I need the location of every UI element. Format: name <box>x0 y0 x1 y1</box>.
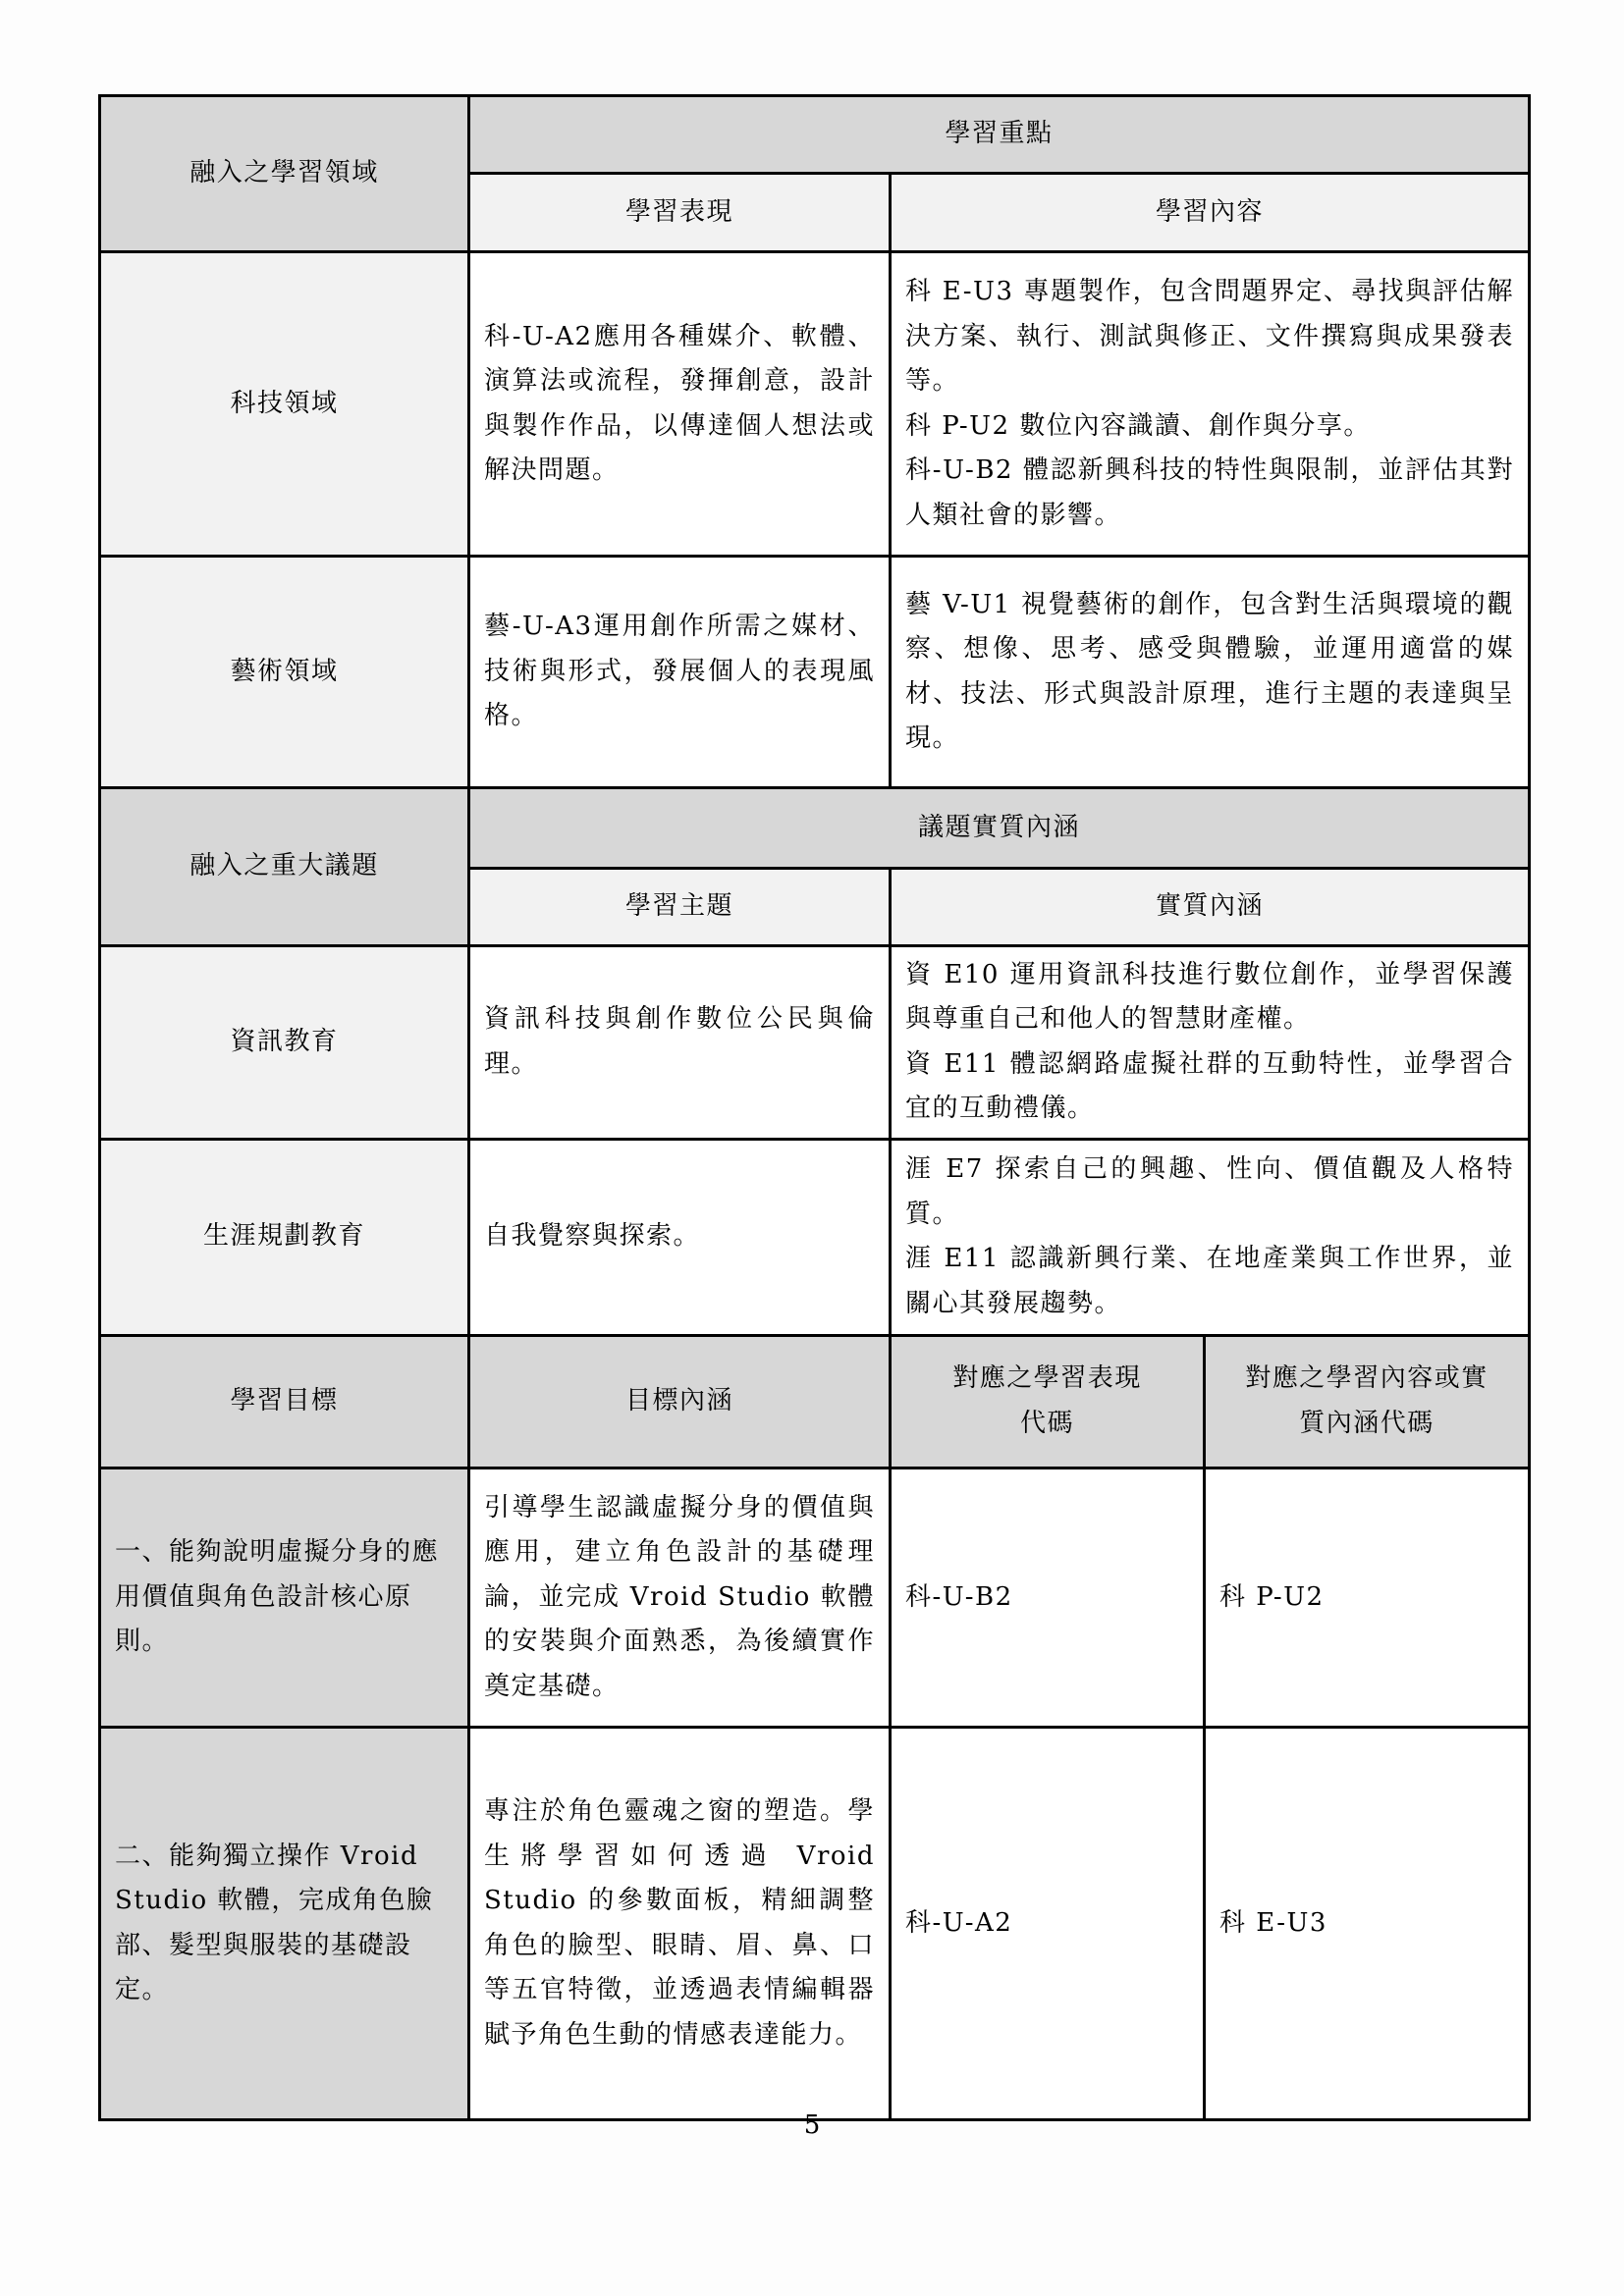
header-learning-focus: 學習重點 <box>469 96 1530 174</box>
content-item: 涯 E7 探索自己的興趣、性向、價值觀及人格特質。 <box>905 1148 1514 1237</box>
subheader-learning-topic: 學習主題 <box>469 868 891 945</box>
content-item: 資 E11 體認網路虛擬社群的互動特性，並學習合宜的互動禮儀。 <box>905 1042 1514 1132</box>
cell-career-topic: 自我覺察與探索。 <box>469 1139 891 1335</box>
major-issues-table: 融入之重大議題 議題實質內涵 學習主題 實質內涵 資訊教育 資訊科技與創作數位公… <box>98 789 1531 1337</box>
header-integrated-major-issues: 融入之重大議題 <box>100 789 469 945</box>
cell-arts-content: 藝 V-U1 視覺藝術的創作，包含對生活與環境的觀察、想像、思考、感受與體驗，並… <box>891 557 1530 788</box>
learning-areas-table: 融入之學習領域 學習重點 學習表現 學習內容 科技領域 科-U-A2應用各種媒介… <box>98 94 1531 789</box>
subheader-substantive-connotation: 實質內涵 <box>891 868 1530 945</box>
learning-goals-table: 學習目標 目標內涵 對應之學習表現 代碼 對應之學習內容或實 質內涵代碼 一、能… <box>98 1337 1531 2122</box>
topic-text: 資訊科技與創作數位公民與倫理。 <box>484 997 875 1087</box>
cell-technology-content: 科 E-U3 專題製作，包含問題界定、尋找與評估解決方案、執行、測試與修正、文件… <box>891 252 1530 557</box>
cell-information-topic: 資訊科技與創作數位公民與倫理。 <box>469 945 891 1139</box>
cell-arts-performance: 藝-U-A3運用創作所需之媒材、技術與形式，發展個人的表現風格。 <box>469 557 891 788</box>
content-item: 科-U-B2 體認新興科技的特性與限制，並評估其對人類社會的影響。 <box>905 449 1514 538</box>
performance-text: 科-U-A2應用各種媒介、軟體、演算法或流程，發揮創意，設計與製作作品，以傳達個… <box>484 315 875 494</box>
header-integrated-learning-areas: 融入之學習領域 <box>100 96 469 252</box>
cell-goal-1-detail: 引導學生認識虛擬分身的價值與應用，建立角色設計的基礎理論，並完成 Vroid S… <box>469 1468 891 1728</box>
cell-goal-2-content-code: 科 E-U3 <box>1205 1728 1530 2120</box>
subheader-learning-content: 學習內容 <box>891 174 1530 252</box>
header-goal-connotation: 目標內涵 <box>469 1337 891 1468</box>
cell-goal-1: 一、能夠說明虛擬分身的應用價值與角色設計核心原則。 <box>100 1468 469 1728</box>
subheader-learning-performance: 學習表現 <box>469 174 891 252</box>
header-issue-substantive-connotation: 議題實質內涵 <box>469 789 1530 868</box>
content-item: 藝 V-U1 視覺藝術的創作，包含對生活與環境的觀察、想像、思考、感受與體驗，並… <box>905 583 1514 762</box>
topic-text: 自我覺察與探索。 <box>484 1214 875 1259</box>
header-performance-code: 對應之學習表現 代碼 <box>891 1337 1205 1468</box>
page-number: 5 <box>0 2110 1624 2140</box>
row-label-career-planning-education: 生涯規劃教育 <box>100 1139 469 1335</box>
header-learning-goals: 學習目標 <box>100 1337 469 1468</box>
header-line: 對應之學習表現 <box>905 1357 1189 1402</box>
header-content-code: 對應之學習內容或實 質內涵代碼 <box>1205 1337 1530 1468</box>
row-label-technology-area: 科技領域 <box>100 252 469 557</box>
cell-goal-1-performance-code: 科-U-B2 <box>891 1468 1205 1728</box>
content-item: 涯 E11 認識新興行業、在地產業與工作世界，並關心其發展趨勢。 <box>905 1237 1514 1326</box>
row-label-arts-area: 藝術領域 <box>100 557 469 788</box>
cell-goal-2: 二、能夠獨立操作 Vroid Studio 軟體，完成角色臉部、髮型與服裝的基礎… <box>100 1728 469 2120</box>
cell-goal-1-content-code: 科 P-U2 <box>1205 1468 1530 1728</box>
curriculum-tables: 融入之學習領域 學習重點 學習表現 學習內容 科技領域 科-U-A2應用各種媒介… <box>98 94 1528 2121</box>
cell-career-connotation: 涯 E7 探索自己的興趣、性向、價值觀及人格特質。 涯 E11 認識新興行業、在… <box>891 1139 1530 1335</box>
content-item: 科 P-U2 數位內容識讀、創作與分享。 <box>905 404 1514 450</box>
document-page: 融入之學習領域 學習重點 學習表現 學習內容 科技領域 科-U-A2應用各種媒介… <box>0 0 1624 2296</box>
content-item: 資 E10 運用資訊科技進行數位創作，並學習保護與尊重自己和他人的智慧財產權。 <box>905 953 1514 1042</box>
content-item: 科 E-U3 專題製作，包含問題界定、尋找與評估解決方案、執行、測試與修正、文件… <box>905 270 1514 404</box>
cell-information-connotation: 資 E10 運用資訊科技進行數位創作，並學習保護與尊重自己和他人的智慧財產權。 … <box>891 945 1530 1139</box>
header-line: 對應之學習內容或實 <box>1219 1357 1514 1402</box>
cell-goal-2-performance-code: 科-U-A2 <box>891 1728 1205 2120</box>
header-line: 質內涵代碼 <box>1219 1402 1514 1447</box>
header-line: 代碼 <box>905 1402 1189 1447</box>
performance-text: 藝-U-A3運用創作所需之媒材、技術與形式，發展個人的表現風格。 <box>484 605 875 739</box>
row-label-information-education: 資訊教育 <box>100 945 469 1139</box>
cell-technology-performance: 科-U-A2應用各種媒介、軟體、演算法或流程，發揮創意，設計與製作作品，以傳達個… <box>469 252 891 557</box>
cell-goal-2-detail: 專注於角色靈魂之窗的塑造。學生將學習如何透過 Vroid Studio 的參數面… <box>469 1728 891 2120</box>
